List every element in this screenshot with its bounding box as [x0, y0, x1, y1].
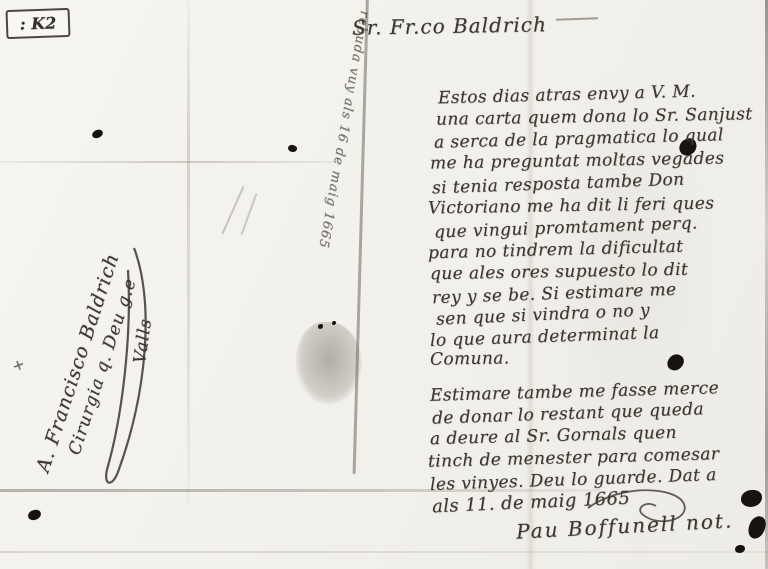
body-line: Estos dias atras envy a V. M. [438, 82, 696, 109]
seal-stain [296, 322, 362, 404]
horizontal-crease-upper [0, 161, 340, 163]
address-block: A. Francisco Baldrich Cirurgia q. Deu g.… [32, 250, 146, 482]
stain-dot-1 [318, 324, 323, 329]
ink-blot-bottom-left [27, 509, 42, 521]
ink-blot-corner-1 [741, 490, 762, 507]
ink-blot-corner-2 [746, 514, 767, 540]
ink-blot-corner-3 [735, 545, 745, 553]
scratch-mark-1 [221, 186, 244, 234]
ink-blot-left-2 [287, 144, 298, 154]
scratch-mark-2 [241, 193, 257, 235]
manuscript-letter-scan: : K2 + A. Francisco Baldrich Cirurgia q.… [0, 0, 768, 569]
vertical-crease-left-page [187, 0, 190, 505]
horizontal-crease-bottom [0, 551, 768, 553]
top-right-dash-mark [556, 17, 598, 20]
spine-annotation: rebuda vuy als 16 de maig 1665 [314, 9, 372, 258]
body-line: Comuna. [430, 348, 510, 369]
cross-mark: + [9, 354, 27, 375]
stain-dot-2 [332, 321, 336, 325]
ink-blot-text-2 [665, 351, 686, 373]
signature: Pau Boffunell not. [516, 508, 734, 543]
salutation: Sr. Fr.co Baldrich [352, 12, 547, 39]
ink-blot-left-1 [91, 129, 104, 140]
address-city: Valls [130, 317, 156, 365]
archive-reference-label: : K2 [6, 8, 71, 39]
